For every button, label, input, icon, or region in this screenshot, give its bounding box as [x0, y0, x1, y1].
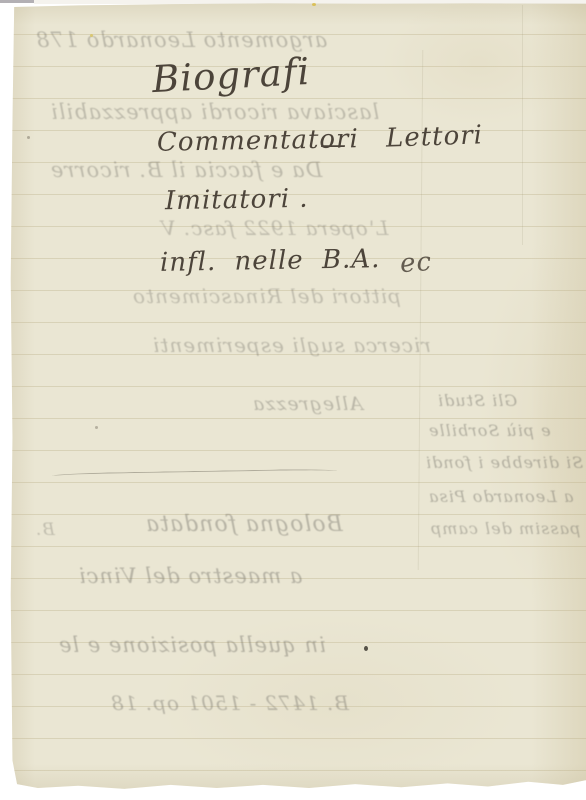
manuscript-scan: argomento Leonardo 178 lasciava ricordi …	[0, 0, 586, 800]
verso-bleed-line: argomento Leonardo 178	[35, 28, 327, 52]
verso-bleed-line: Da e faccia il B. ricorre	[50, 158, 322, 182]
verso-margin-note-line: Gli Studi	[437, 391, 517, 410]
verso-bleed-line: Allegrezza	[252, 393, 363, 415]
verso-bleed-line: B. 1472 - 1501 op. 18	[110, 691, 349, 715]
paper-speck-yellow	[312, 3, 316, 6]
handwritten-title: Biografi	[151, 50, 311, 101]
verso-bleed-line: pittori del Rinascimento	[132, 284, 401, 308]
handwritten-dash: —	[320, 130, 347, 160]
handwritten-line-imitatori: Imitatori .	[165, 184, 309, 217]
verso-margin-note-line: a Leonardo Pisa	[428, 487, 573, 506]
verso-bleed-line: ricerca sugli esperimenti	[152, 333, 431, 357]
verso-bleed-line: a maestro del Vinci	[78, 564, 302, 588]
verso-margin-note-line: passim del camp	[430, 519, 580, 538]
verso-bleed-line: lasciava ricordi apprezzabili	[50, 100, 379, 124]
paper-speck-dark	[364, 646, 368, 651]
paper-speck-yellow	[90, 34, 93, 37]
handwritten-line-infl: infl. nelle B.A.	[160, 244, 381, 278]
verso-bleed-line: B.	[35, 520, 55, 540]
scan-edge-sliver	[0, 0, 34, 3]
paper-speck	[27, 136, 30, 139]
verso-margin-note-line: Si direbbe i fondi	[425, 453, 583, 472]
fold-crease-right	[522, 5, 523, 245]
verso-margin-note-line: e più Sorbille	[428, 421, 551, 440]
verso-bleed-line: in quella posizione e le	[58, 633, 326, 657]
handwritten-line-lettori: Lettori	[386, 120, 484, 153]
handwritten-line-infl-end: ec	[399, 247, 433, 279]
paper-speck	[95, 426, 98, 429]
scan-edge-highlight	[34, 0, 586, 4]
verso-bleed-line: Bologna fondata	[145, 512, 343, 537]
verso-bleed-line: L'opera 1922 fasc. V	[160, 216, 389, 240]
